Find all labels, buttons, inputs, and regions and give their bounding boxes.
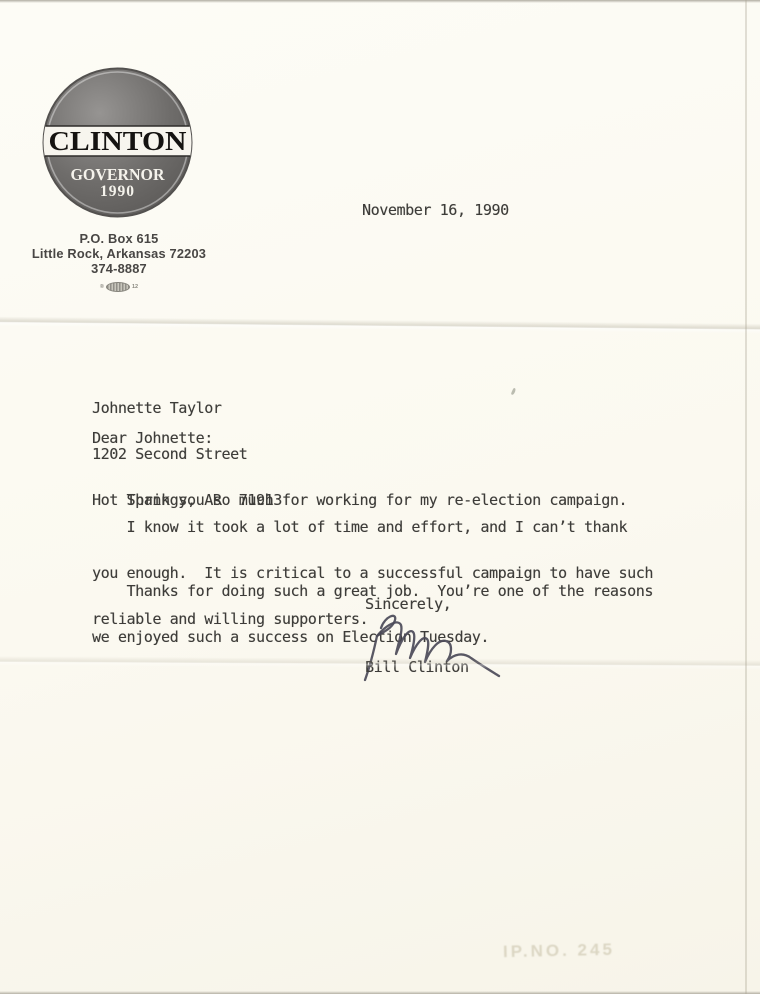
faint-archive-stamp: IP.NO. 245 [503,940,615,962]
recipient-street: 1202 Second Street [92,447,282,462]
letterhead-address: P.O. Box 615 Little Rock, Arkansas 72203… [12,231,226,276]
scanned-letter-page: CLINTON GOVERNOR 1990 P.O. Box 615 Littl… [0,0,760,994]
body-line: I know it took a lot of time and effort,… [92,520,653,535]
stray-pen-mark [511,388,517,396]
letter-date: November 16, 1990 [362,203,509,218]
salutation: Dear Johnette: [92,431,213,446]
union-bug-left-mark: ® [100,284,104,290]
union-bug-number: 12 [132,284,138,290]
letterhead-po-box: P.O. Box 615 [12,231,226,246]
paper-edge-right [745,0,747,994]
fold-crease-upper [0,316,760,333]
clinton-campaign-button-logo: CLINTON GOVERNOR 1990 [40,66,195,219]
letterhead-phone: 374-8887 [12,261,226,276]
scan-edge-top [0,0,760,3]
signer-typed-name: Bill Clinton [365,660,469,675]
letterhead-city-line: Little Rock, Arkansas 72203 [12,246,226,261]
logo-office-text: GOVERNOR [71,165,166,184]
union-bug-oval-icon [106,282,130,292]
logo-year-text: 1990 [100,183,135,200]
union-bug-icon: ® 12 [12,282,226,292]
recipient-name: Johnette Taylor [92,401,282,416]
logo-name-text: CLINTON [49,126,188,156]
